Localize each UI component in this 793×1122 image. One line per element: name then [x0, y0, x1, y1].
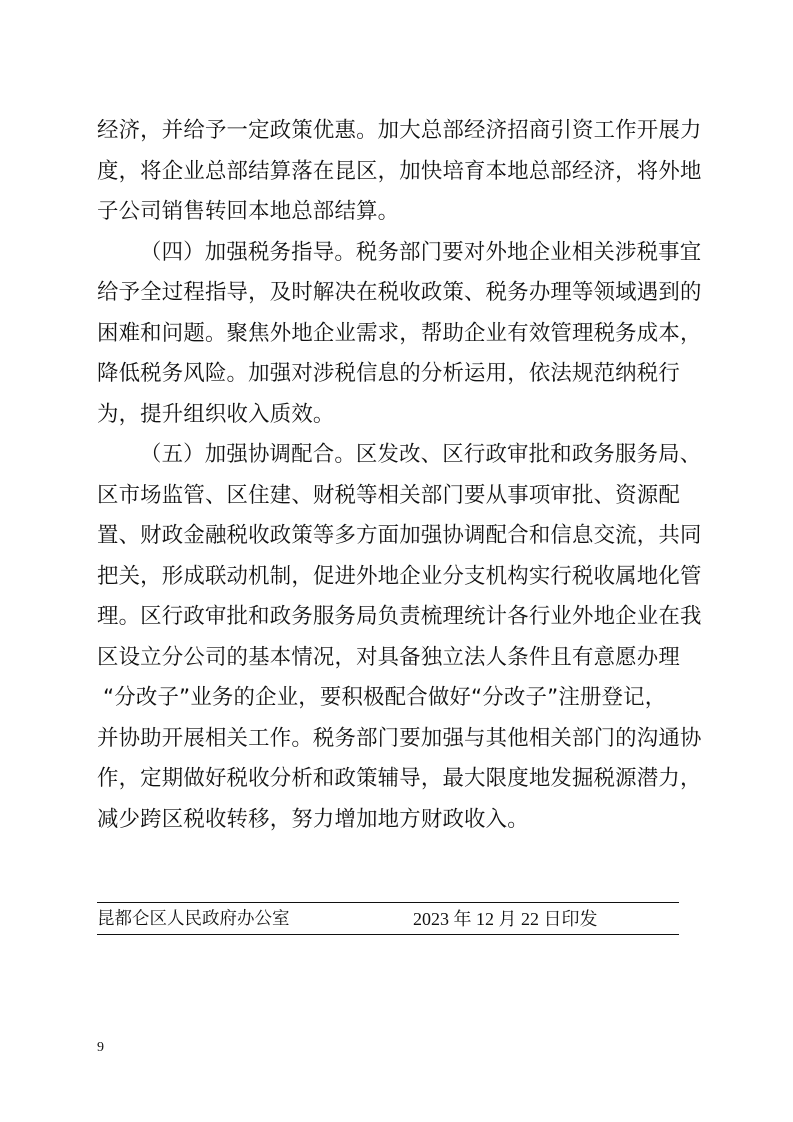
text-line: 降低税务风险。加强对涉税信息的分析运用，依法规范纳税行: [97, 354, 697, 395]
text-line: 给予全过程指导，及时解决在税收政策、税务办理等领域遇到的: [97, 273, 697, 314]
text-line: 经济，并给予一定政策优惠。加大总部经济招商引资工作开展力: [97, 111, 697, 152]
paragraph-section-4: （四）加强税务指导。税务部门要对外地企业相关涉税事宜 给予全过程指导，及时解决在…: [97, 233, 697, 436]
issuer-name: 昆都仑区人民政府办公室: [97, 906, 290, 932]
section-heading-line: （四）加强税务指导。税务部门要对外地企业相关涉税事宜: [97, 233, 697, 274]
text-line: 置、财政金融税收政策等多方面加强协调配合和信息交流，共同: [97, 516, 697, 557]
text-line: 度，将企业总部结算落在昆区，加快培育本地总部经济，将外地: [97, 152, 697, 193]
page-number: 9: [97, 1038, 104, 1058]
text-line: “分改子”业务的企业，要积极配合做好“分改子”注册登记，: [97, 678, 697, 719]
text-line: 区市场监管、区住建、财税等相关部门要从事项审批、资源配: [97, 476, 697, 517]
section-heading-line: （五）加强协调配合。区发改、区行政审批和政务服务局、: [97, 435, 697, 476]
text-line: 作，定期做好税收分析和政策辅导，最大限度地发掘税源潜力，: [97, 759, 697, 800]
footer-bottom-rule: [97, 934, 679, 935]
paragraph-continuation: 经济，并给予一定政策优惠。加大总部经济招商引资工作开展力 度，将企业总部结算落在…: [97, 111, 697, 233]
imprint-row: 昆都仑区人民政府办公室 2023 年 12 月 22 日印发: [97, 906, 679, 932]
paragraph-section-5: （五）加强协调配合。区发改、区行政审批和政务服务局、 区市场监管、区住建、财税等…: [97, 435, 697, 840]
text-line: 子公司销售转回本地总部结算。: [97, 192, 697, 233]
text-line: 减少跨区税收转移，努力增加地方财政收入。: [97, 800, 697, 841]
text-line: 困难和问题。聚焦外地企业需求，帮助企业有效管理税务成本，: [97, 314, 697, 355]
text-line: 并协助开展相关工作。税务部门要加强与其他相关部门的沟通协: [97, 719, 697, 760]
text-line: 为，提升组织收入质效。: [97, 395, 697, 436]
footer-top-rule: [97, 902, 679, 903]
document-body: 经济，并给予一定政策优惠。加大总部经济招商引资工作开展力 度，将企业总部结算落在…: [97, 111, 697, 840]
text-line: 把关，形成联动机制，促进外地企业分支机构实行税收属地化管: [97, 557, 697, 598]
text-line: 区设立分公司的基本情况，对具备独立法人条件且有意愿办理: [97, 638, 697, 679]
issue-date: 2023 年 12 月 22 日印发: [413, 906, 598, 932]
text-line: 理。区行政审批和政务服务局负责梳理统计各行业外地企业在我: [97, 597, 697, 638]
